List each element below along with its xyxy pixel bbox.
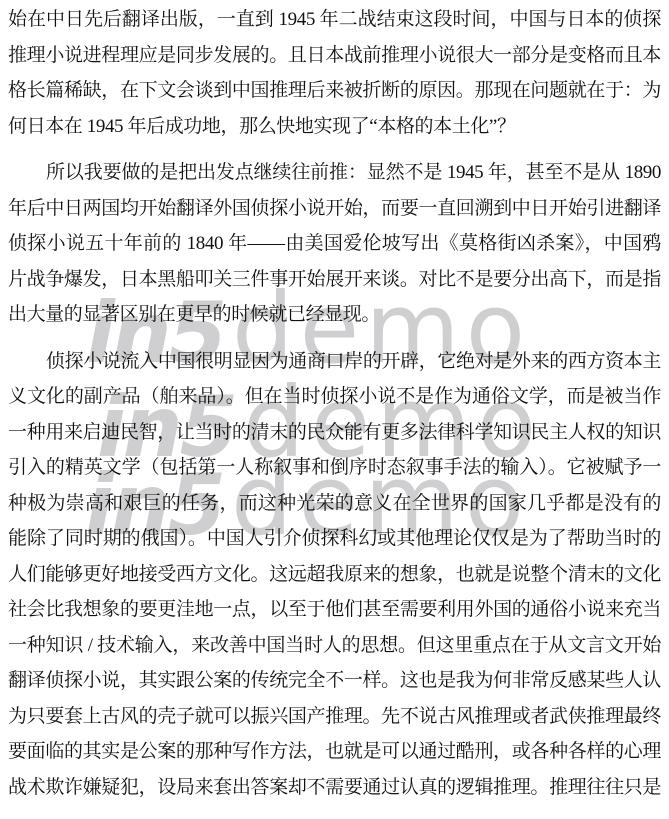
text-line: 为只要套上古风的壳子就可以振兴国产推理。先不说古风推理或者武侠推理最终 (8, 699, 661, 735)
paragraph-1: 始在中日先后翻译出版，一直到 1945 年二战结束这段时间，中国与日本的侦探 推… (8, 2, 661, 144)
paragraph-2: 所以我要做的是把出发点继续往前推：显然不是 1945 年，甚至不是从 1890 … (8, 155, 661, 333)
text-line: 所以我要做的是把出发点继续往前推：显然不是 1945 年，甚至不是从 1890 (8, 155, 661, 191)
text-line: 一种知识 / 技术输入，来改善中国当时人的思想。但这里重点在于从文言文开始 (8, 628, 661, 664)
text-line: 推理小说进程理应是同步发展的。且日本战前推理小说很大一部分是变格而且本 (8, 38, 661, 74)
text-line: 社会比我想象的要更洼地一点，以至于他们甚至需要利用外国的通俗小说来充当 (8, 592, 661, 628)
text-line: 侦探小说流入中国很明显因为通商口岸的开辟，它绝对是外来的西方资本主 (8, 344, 661, 380)
text-line: 年后中日两国均开始翻译外国侦探小说开始，而要一直回溯到中日开始引进翻译 (8, 191, 661, 227)
document-page: 始在中日先后翻译出版，一直到 1945 年二战结束这段时间，中国与日本的侦探 推… (0, 0, 669, 805)
text-line: 出大量的显著区别在更早的时候就已经显现。 (8, 297, 661, 333)
text-line: 人们能够更好地接受西方文化。这远超我原来的想象，也就是说整个清末的文化 (8, 557, 661, 593)
text-line: 片战争爆发，日本黑船叩关三件事开始展开来谈。对比不是要分出高下，而是指 (8, 262, 661, 298)
text-line: 战术欺诈嫌疑犯，设局来套出答案却不需要通过认真的逻辑推理。推理往往只是 (8, 770, 661, 806)
text-line: 义文化的副产品（舶来品）。但在当时侦探小说不是作为通俗文学，而是被当作 (8, 379, 661, 415)
text-line: 翻译侦探小说，其实跟公案的传统完全不一样。这也是我为何非常反感某些人认 (8, 663, 661, 699)
text-line: 始在中日先后翻译出版，一直到 1945 年二战结束这段时间，中国与日本的侦探 (8, 2, 661, 38)
text-line: 何日本在 1945 年后成功地，那么快地实现了“本格的本土化”？ (8, 109, 661, 145)
text-line: 要面临的其实是公案的那种写作方法，也就是可以通过酷刑，或各种各样的心理 (8, 734, 661, 770)
text-line: 能除了同时期的俄国）。中国人引介侦探科幻或其他理论仅仅是为了帮助当时的 (8, 521, 661, 557)
text-line: 引入的精英文学（包括第一人称叙事和倒序时态叙事手法的输入）。它被赋予一 (8, 450, 661, 486)
text-line: 格长篇稀缺，在下文会谈到中国推理后来被折断的原因。那现在问题就在于：为 (8, 73, 661, 109)
text-line: 种极为崇高和艰巨的任务，而这种光荣的意义在全世界的国家几乎都是没有的（可 (8, 486, 661, 522)
paragraph-3: 侦探小说流入中国很明显因为通商口岸的开辟，它绝对是外来的西方资本主 义文化的副产… (8, 344, 661, 806)
text-line: 侦探小说五十年前的 1840 年——由美国爱伦坡写出《莫格街凶杀案》，中国鸦 (8, 226, 661, 262)
text-line: 一种用来启迪民智，让当时的清末的民众能有更多法律科学知识民主人权的知识 (8, 415, 661, 451)
